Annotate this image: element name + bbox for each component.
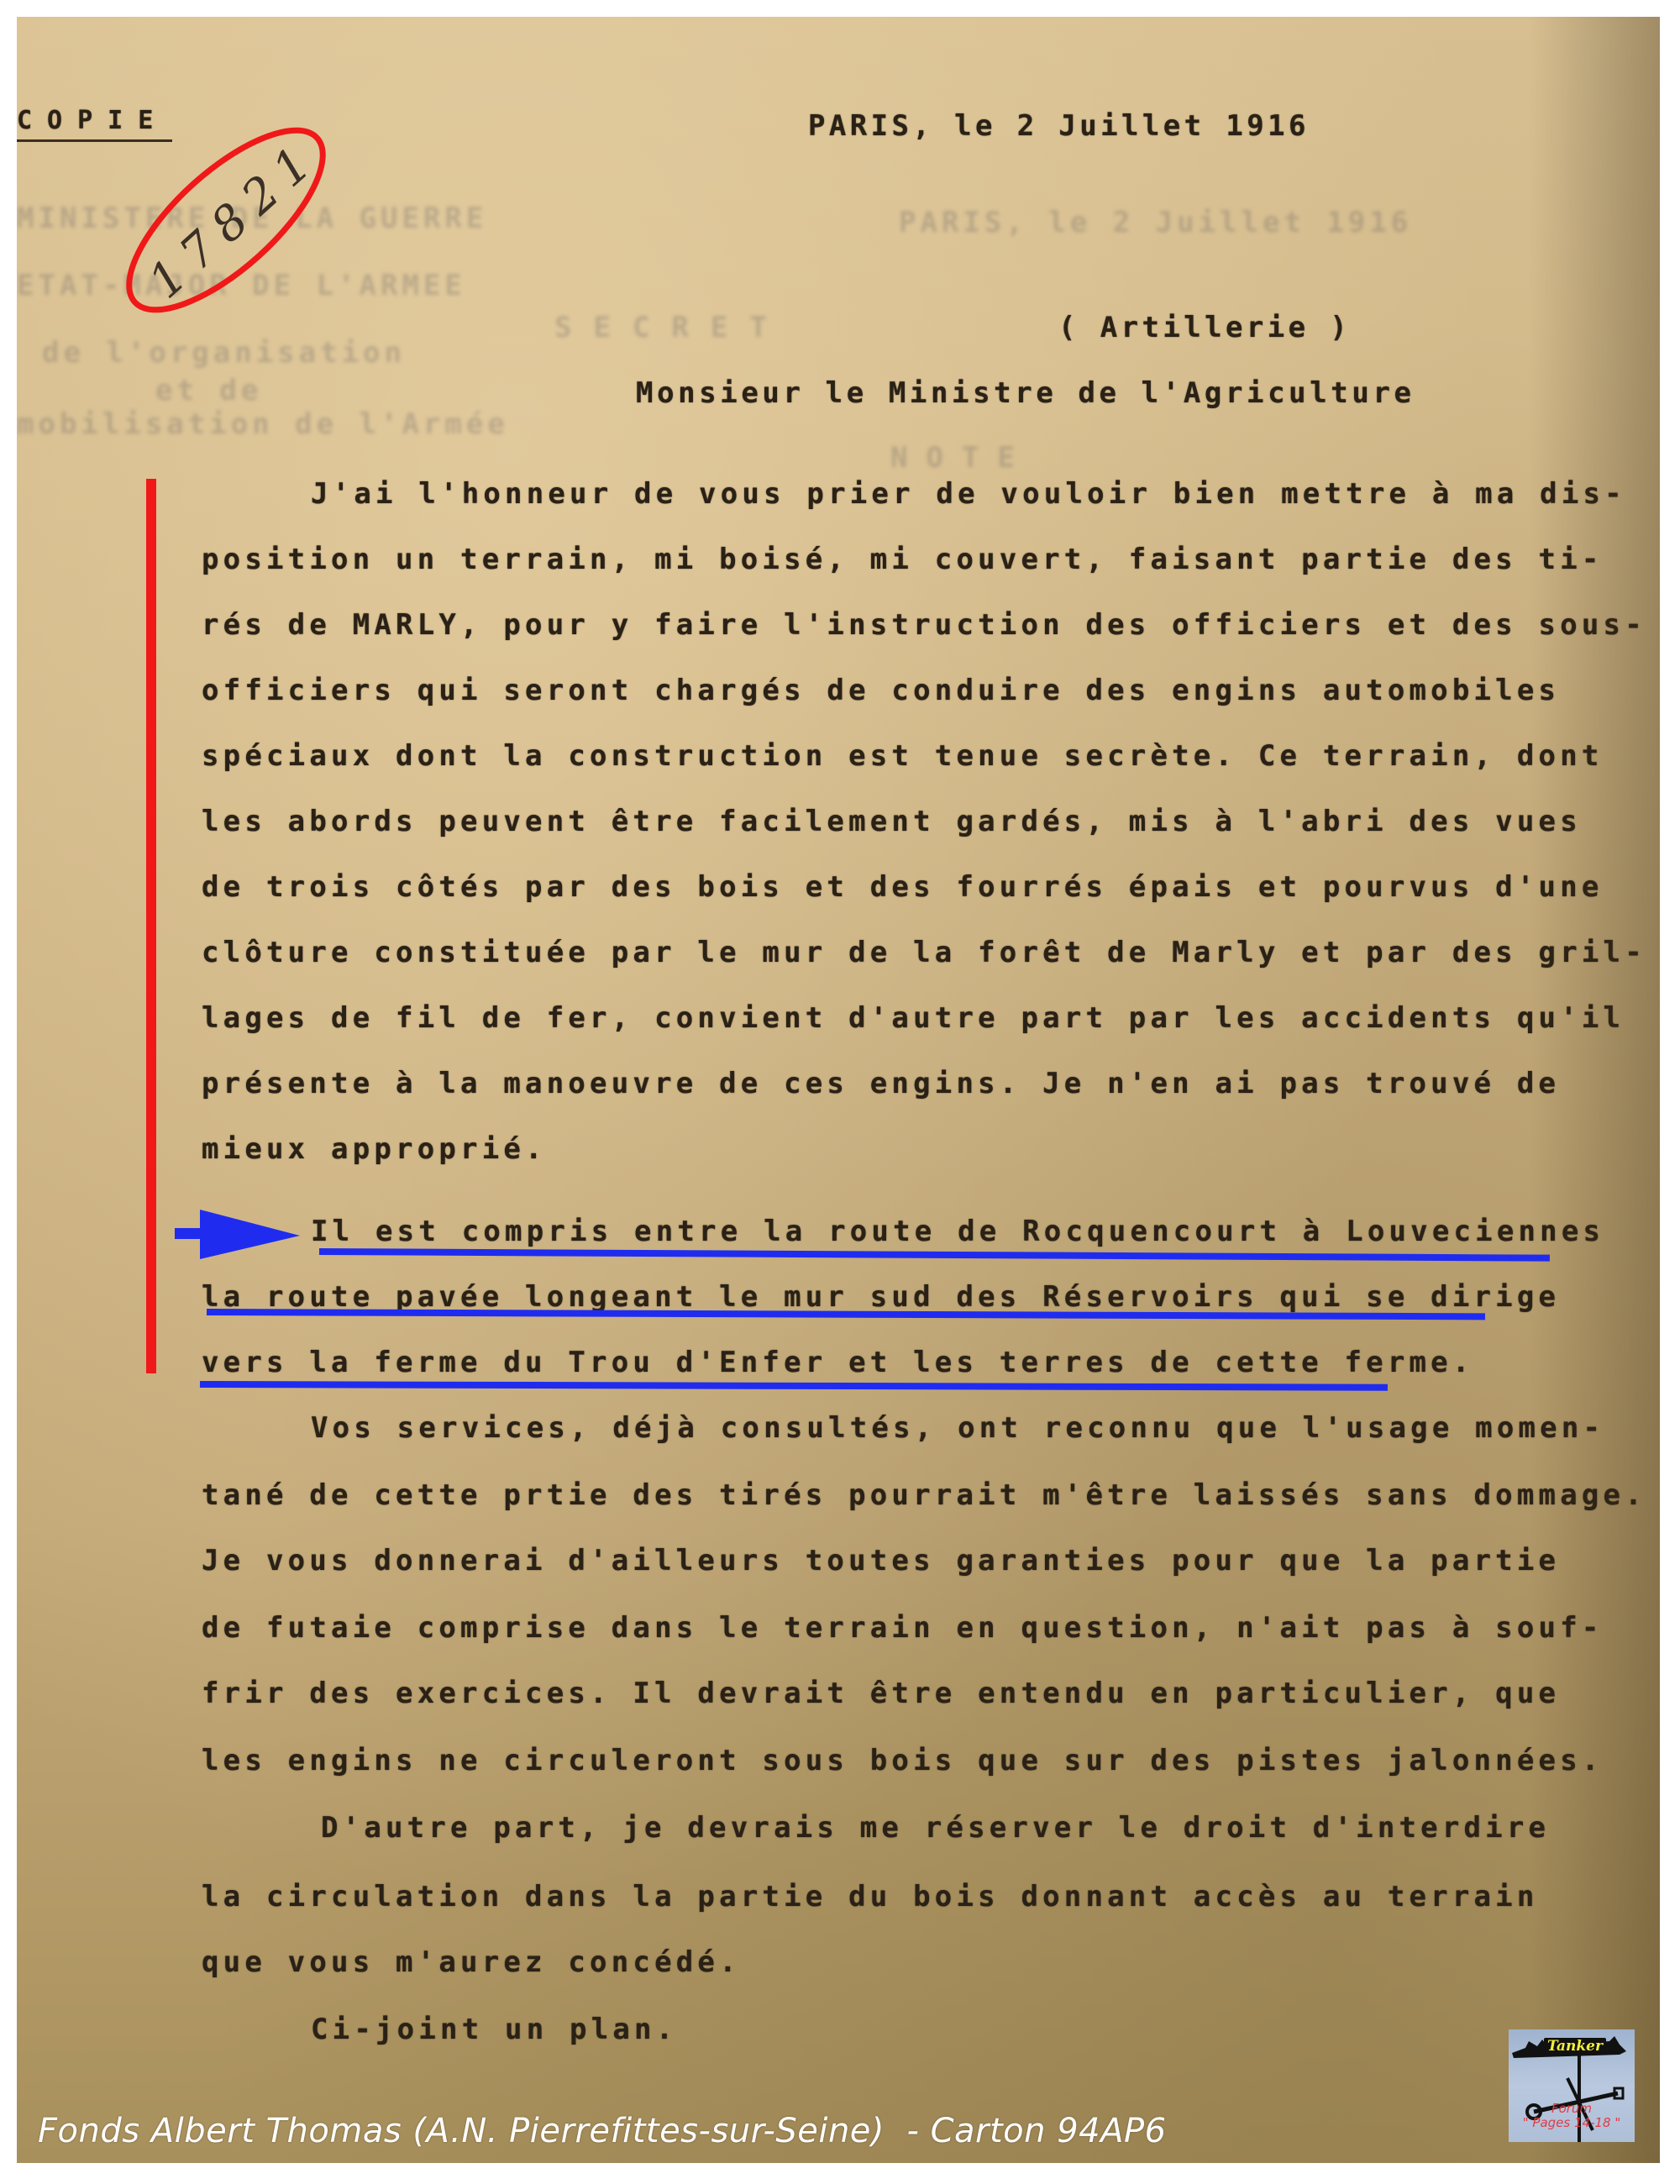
copy-stamp-underline (17, 139, 172, 142)
body-line: les abords peuvent être facilement gardé… (202, 805, 1582, 838)
ghost-text-note: NOTE (890, 441, 1033, 475)
date-line: PARIS, le 2 Juillet 1916 (808, 109, 1310, 143)
copy-stamp: COPIE (17, 106, 168, 135)
body-line: Je vous donnerai d'ailleurs toutes garan… (202, 1544, 1560, 1578)
document-page: MINISTERE DE LA GUERRE ETAT-MAJOR DE L'A… (17, 17, 1660, 2163)
body-line: Vos services, déjà consultés, ont reconn… (311, 1411, 1604, 1445)
body-line: clôture constituée par le mur de la forê… (202, 936, 1646, 969)
logo-title: Tanker (1544, 2038, 1606, 2055)
body-line: que vous m'aurez concédé. (202, 1945, 741, 1979)
logo-forum-line2: " Pages 14-18 " (1509, 2116, 1635, 2130)
body-line: Ci-joint un plan. (311, 2013, 677, 2046)
addressee-line: Monsieur le Ministre de l'Agriculture (636, 376, 1415, 410)
ghost-text-mobilisation: mobilisation de l'Armée (17, 407, 509, 441)
archive-source-caption: Fonds Albert Thomas (A.N. Pierrefittes-s… (38, 2112, 1167, 2150)
body-line: la route pavée longeant le mur sud des R… (202, 1280, 1560, 1314)
service-heading: ( Artillerie ) (1058, 311, 1351, 344)
body-line: de futaie comprise dans le terrain en qu… (202, 1611, 1604, 1645)
ghost-text-et-de: et de (155, 374, 262, 407)
body-line: J'ai l'honneur de vous prier de vouloir … (311, 477, 1626, 511)
ghost-text-organisation: de l'organisation (42, 336, 406, 370)
body-line: D'autre part, je devrais me réserver le … (321, 1811, 1550, 1845)
body-line: présente à la manoeuvre de ces engins. J… (202, 1067, 1560, 1100)
body-line: officiers qui seront chargés de conduire… (202, 674, 1560, 707)
logo-forum-line1: Forum (1509, 2102, 1635, 2116)
body-line: vers la ferme du Trou d'Enfer et les ter… (202, 1346, 1474, 1379)
body-line: les engins ne circuleront sous bois que … (202, 1744, 1604, 1777)
ghost-text-secret: SECRET (554, 311, 789, 344)
body-line: Il est compris entre la route de Rocquen… (311, 1215, 1604, 1248)
ghost-text-date: PARIS, le 2 Juillet 1916 (899, 206, 1412, 239)
body-line: spéciaux dont la construction est tenue … (202, 739, 1604, 773)
body-line: position un terrain, mi boisé, mi couver… (202, 543, 1604, 576)
ghost-text-etat-major: ETAT-MAJOR DE L'ARMEE (17, 269, 466, 302)
body-line: lages de fil de fer, convient d'autre pa… (202, 1001, 1625, 1035)
body-line: mieux approprié. (202, 1132, 547, 1166)
forum-logo: Tanker Forum " Pages 14-18 " (1509, 2029, 1635, 2142)
body-line: la circulation dans la partie du bois do… (202, 1880, 1539, 1914)
body-line: de trois côtés par des bois et des fourr… (202, 870, 1604, 904)
body-line: frir des exercices. Il devrait être ente… (202, 1677, 1560, 1710)
body-line: rés de MARLY, pour y faire l'instruction… (202, 608, 1646, 642)
body-line: tané de cette prtie des tirés pourrait m… (202, 1478, 1646, 1512)
logo-forum-text: Forum " Pages 14-18 " (1509, 2102, 1635, 2130)
